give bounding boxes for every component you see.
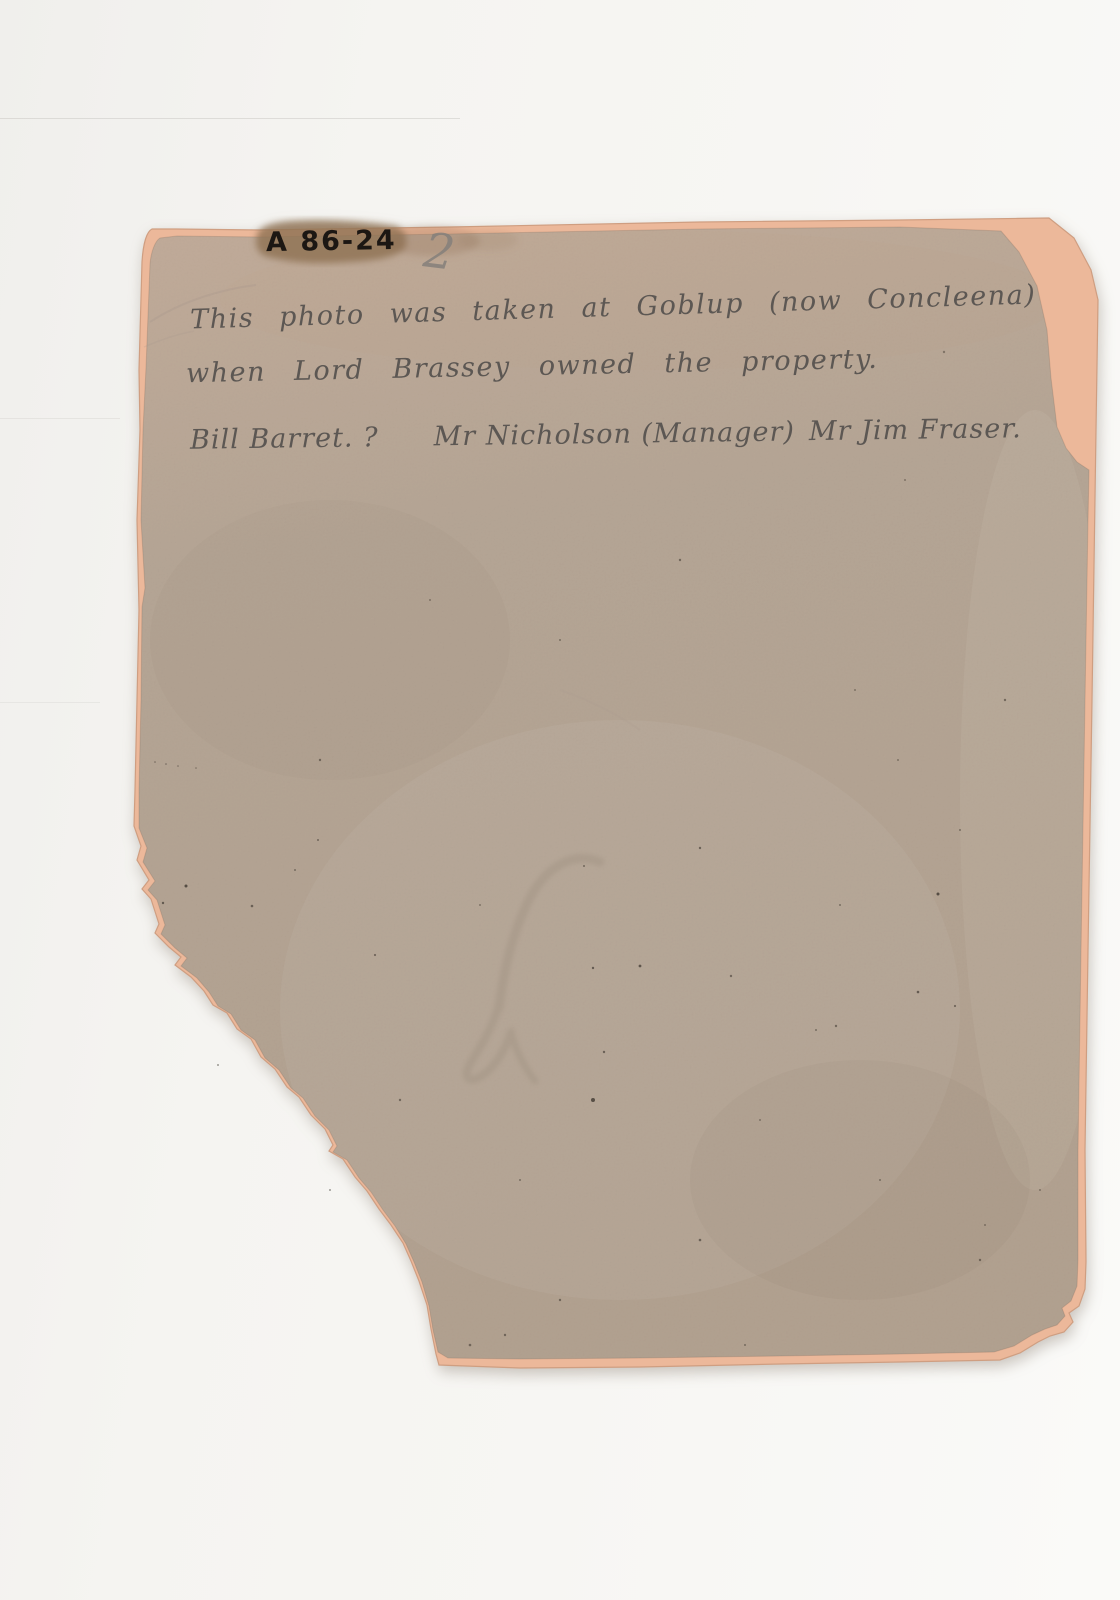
photo-card-graphic <box>0 0 1120 1600</box>
scanned-photo-back: A 86-24 2 This photo was taken at Goblup… <box>0 0 1120 1600</box>
name-segment-3: Mr Jim Fraser. <box>809 413 1022 447</box>
page-number: 2 <box>421 222 458 281</box>
catalog-code: A 86-24 <box>266 225 397 258</box>
name-segment-1: Bill Barret. ? <box>190 422 379 456</box>
name-segment-2: Mr Nicholson (Manager) <box>433 416 795 452</box>
